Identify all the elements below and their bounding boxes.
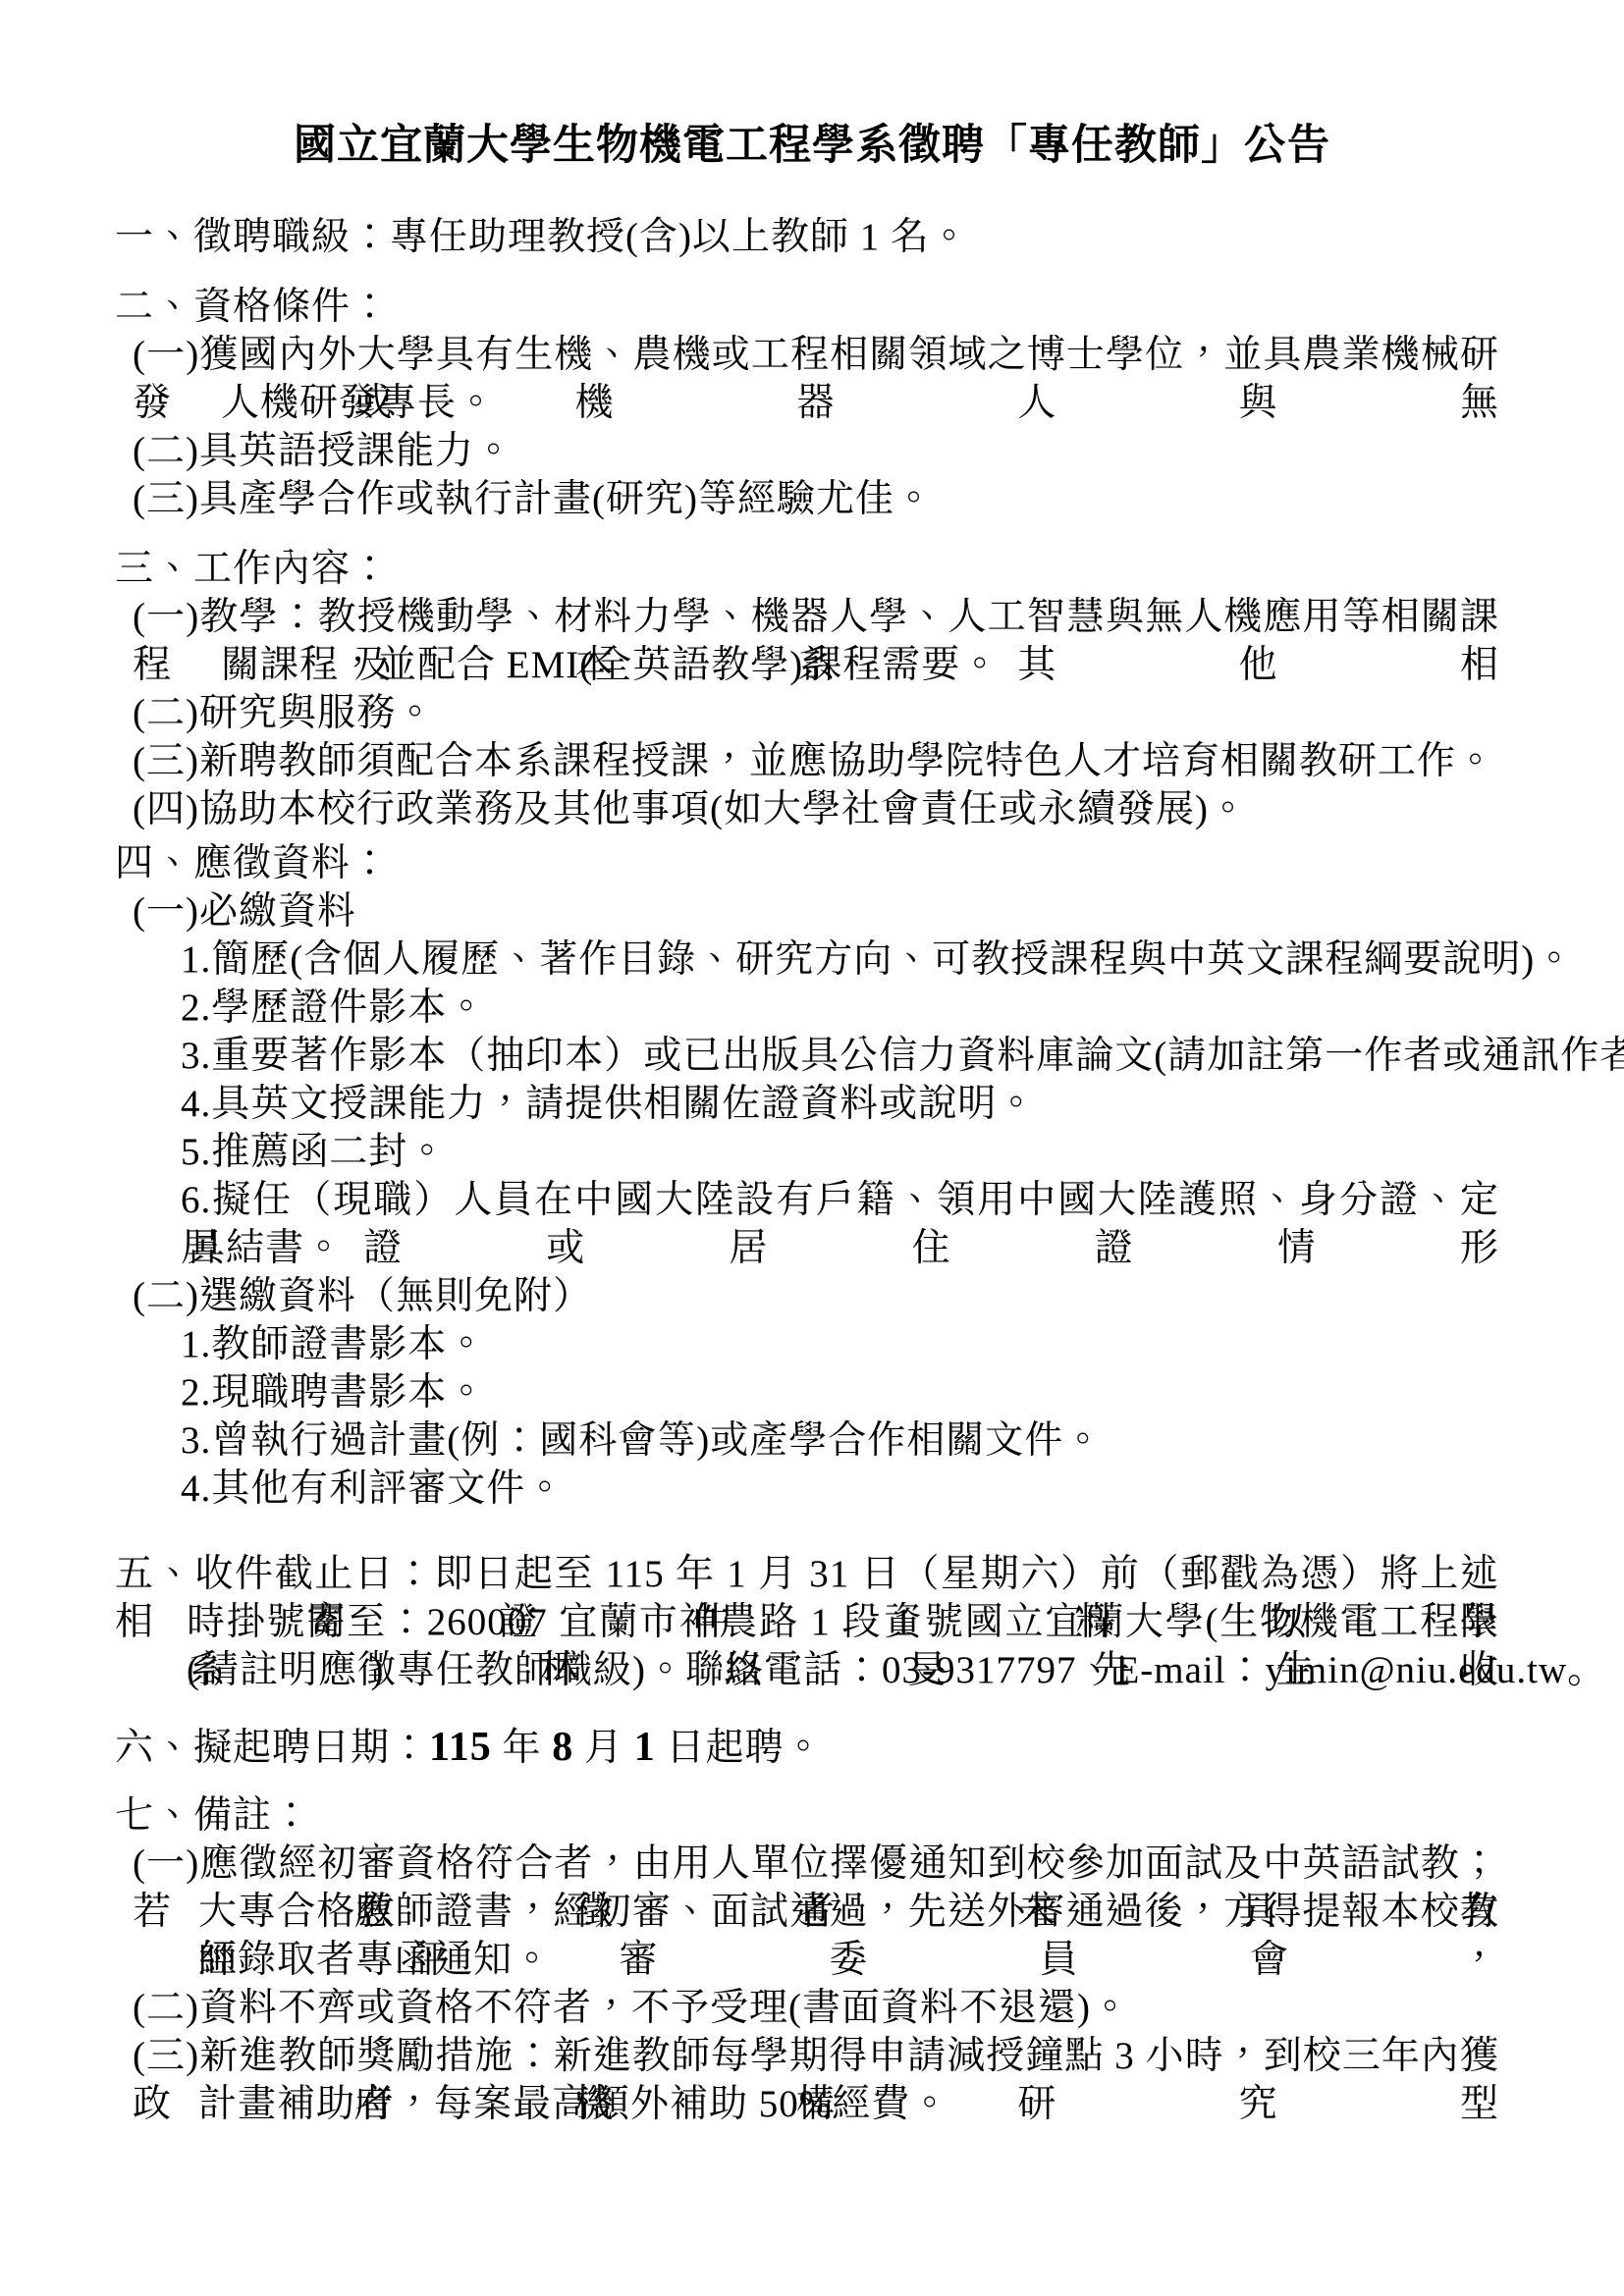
text-segment: 六、擬起聘日期：	[115, 1727, 429, 1769]
text-segment: 四、應徵資料：	[115, 842, 390, 884]
document-line: 2.學歷證件影本。	[181, 984, 1624, 1032]
document-line: 六、擬起聘日期：115 年 8 月 1 日起聘。	[115, 1724, 1624, 1772]
document-line: 大專合格教師證書，經初審、面試通過，先送外審通過後，方得提報本校教師評審委員會，	[198, 1888, 1499, 1936]
document-line: (一)教學：教授機動學、材料力學、機器人學、人工智慧與無人機應用等相關課程及本系…	[133, 593, 1499, 641]
document-line: 時掛號寄至：260007 宜蘭市神農路 1 段 1 號國立宜蘭大學(生物機電工程…	[187, 1598, 1499, 1646]
text-segment: (二)具英語授課能力。	[133, 430, 514, 472]
text-segment: 三、工作內容：	[115, 548, 390, 590]
document-line: 五、收件截止日：即日起至 115 年 1 月 31 日（星期六）前（郵戳為憑）將…	[115, 1550, 1499, 1598]
document-line: 4.其他有利評審文件。	[181, 1465, 1624, 1513]
document-title: 國立宜蘭大學生物機電工程學系徵聘「專任教師」公告	[0, 119, 1624, 174]
document-line: 1.教師證書影本。	[181, 1320, 1624, 1368]
text-segment: 關課程，並配合 EMI(全英語教學)課程需要。	[221, 644, 1000, 686]
document-line: (二)資料不齊或資格不符者，不予受理(書面資料不退還)。	[133, 1984, 1624, 2032]
text-segment: (二)資料不齊或資格不符者，不予受理(書面資料不退還)。	[133, 1987, 1130, 2029]
text-segment: (二)研究與服務。	[133, 692, 435, 734]
text-segment: 經錄取者專函通知。	[198, 1939, 552, 1981]
document-line: 3.曾執行過計畫(例：國科會等)或產學合作相關文件。	[181, 1416, 1624, 1465]
text-segment: 1.簡歷(含個人履歷、著作目錄、研究方向、可教授課程與中英文課程綱要說明)。	[181, 938, 1574, 981]
document-line: 6.擬任（現職）人員在中國大陸設有戶籍、領用中國大陸護照、身分證、定居證或居住證…	[181, 1176, 1499, 1224]
text-segment: 月	[573, 1727, 634, 1769]
document-line: 七、備註：	[115, 1791, 1624, 1840]
text-segment: 七、備註：	[115, 1794, 311, 1837]
text-segment: (四)協助本校行政業務及其他事項(如大學社會責任或永續發展)。	[133, 788, 1248, 830]
text-segment: 8	[552, 1725, 573, 1770]
document-line: 計畫補助者，每案最高額外補助 50%經費。	[198, 2080, 1624, 2128]
document-line: 3.重要著作影本（抽印本）或已出版具公信力資料庫論文(請加註第一作者或通訊作者)…	[181, 1032, 1624, 1080]
text-segment: (一)必繳資料	[133, 890, 356, 933]
document-line: 三、工作內容：	[115, 545, 1624, 593]
document-line: 一、徵聘職級：專任助理教授(含)以上教師 1 名。	[115, 213, 1624, 261]
text-segment: 日起聘。	[656, 1727, 824, 1769]
text-segment: (二)選繳資料（無則免附）	[133, 1275, 592, 1317]
text-segment: 年	[492, 1727, 553, 1769]
document-body: 一、徵聘職級：專任助理教授(含)以上教師 1 名。二、資格條件：(一)獲國內外大…	[0, 213, 1624, 2128]
document-line: (三)新聘教師須配合本系課程授課，並應協助學院特色人才培育相關教研工作。	[133, 737, 1624, 785]
text-segment: (請註明應徵專任教師職級)。聯絡電話：03-9317797、E-mail：yim…	[187, 1649, 1606, 1691]
document-line: (四)協助本校行政業務及其他事項(如大學社會責任或永續發展)。	[133, 785, 1624, 833]
text-segment: (三)新聘教師須配合本系課程授課，並應協助學院特色人才培育相關教研工作。	[133, 740, 1495, 782]
text-segment: 計畫補助者，每案最高額外補助 50%經費。	[198, 2083, 949, 2125]
document-line: 4.具英文授課能力，請提供相關佐證資料或說明。	[181, 1080, 1624, 1128]
announcement-page: 國立宜蘭大學生物機電工程學系徵聘「專任教師」公告 一、徵聘職級：專任助理教授(含…	[0, 0, 1624, 2296]
document-line: 2.現職聘書影本。	[181, 1368, 1624, 1416]
document-line: 具結書。	[187, 1224, 1624, 1272]
document-line: 二、資格條件：	[115, 283, 1624, 331]
document-line: 關課程，並配合 EMI(全英語教學)課程需要。	[221, 641, 1624, 689]
document-line: 人機研發專長。	[221, 379, 1624, 427]
text-segment: 115	[429, 1725, 492, 1770]
text-segment: 二、資格條件：	[115, 286, 390, 328]
document-line: (一)應徵經初審資格符合者，由用人單位擇優通知到校參加面試及中英語試教；若應徵者…	[133, 1840, 1499, 1888]
document-line: (三)新進教師獎勵措施：新進教師每學期得申請減授鐘點 3 小時，到校三年內獲政府…	[133, 2032, 1499, 2080]
text-segment: 3.重要著作影本（抽印本）或已出版具公信力資料庫論文(請加註第一作者或通訊作者)…	[181, 1035, 1624, 1077]
text-segment: (三)具產學合作或執行計畫(研究)等經驗尤佳。	[133, 478, 934, 520]
document-line: 5.推薦函二封。	[181, 1128, 1624, 1176]
document-line: 1.簡歷(含個人履歷、著作目錄、研究方向、可教授課程與中英文課程綱要說明)。	[181, 935, 1624, 984]
document-line: 經錄取者專函通知。	[198, 1936, 1624, 1984]
document-line: (二)研究與服務。	[133, 689, 1624, 737]
text-segment: 1.教師證書影本。	[181, 1323, 486, 1365]
text-segment: 2.學歷證件影本。	[181, 987, 486, 1029]
document-line: (二)具英語授課能力。	[133, 427, 1624, 475]
document-line: 四、應徵資料：	[115, 839, 1624, 887]
text-segment: 5.推薦函二封。	[181, 1131, 447, 1173]
document-line: (請註明應徵專任教師職級)。聯絡電話：03-9317797、E-mail：yim…	[187, 1646, 1624, 1694]
text-segment: 3.曾執行過計畫(例：國科會等)或產學合作相關文件。	[181, 1419, 1103, 1462]
text-segment: 一、徵聘職級：專任助理教授(含)以上教師 1 名。	[115, 216, 969, 258]
text-segment: 1	[634, 1725, 656, 1770]
document-line: (一)必繳資料	[133, 887, 1624, 935]
text-segment: 具結書。	[187, 1227, 344, 1269]
text-segment: 人機研發專長。	[221, 382, 496, 424]
document-line: (一)獲國內外大學具有生機、農機或工程相關領域之博士學位，並具農業機械研發或機器…	[133, 331, 1499, 379]
document-line: (三)具產學合作或執行計畫(研究)等經驗尤佳。	[133, 475, 1624, 523]
text-segment: 4.其他有利評審文件。	[181, 1468, 565, 1510]
text-segment: 4.具英文授課能力，請提供相關佐證資料或說明。	[181, 1083, 1036, 1125]
text-segment: 2.現職聘書影本。	[181, 1371, 486, 1414]
document-line: (二)選繳資料（無則免附）	[133, 1272, 1624, 1320]
